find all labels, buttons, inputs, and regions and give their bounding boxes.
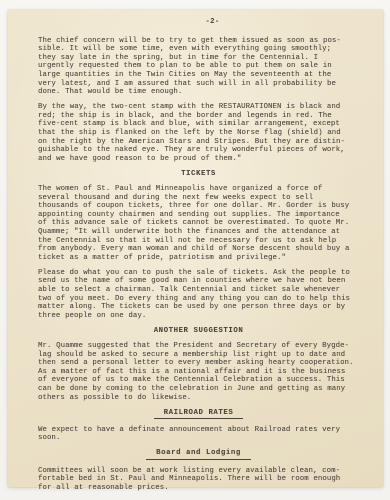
page-number: -2- — [38, 18, 359, 27]
paragraph-ticket-push: Please do what you can to push the sale … — [38, 269, 359, 321]
section-heading-tickets-text: TICKETS — [181, 170, 216, 179]
paragraph-railroad-rates: We expect to have a definate announcemen… — [38, 426, 359, 443]
paragraph-board-and-lodging: Committees will soon be at work listing … — [38, 467, 359, 493]
section-heading-railroad-rates: RAILROAD RATES — [38, 409, 359, 420]
section-heading-another-suggestion: ANOTHER SUGGESTION — [38, 327, 359, 336]
scan-background: -2- The chief concern will be to try to … — [0, 0, 390, 500]
section-heading-railroad-rates-text: RAILROAD RATES — [154, 409, 244, 420]
paragraph-ticket-sales: The women of St. Paul and Minneapolis ha… — [38, 185, 359, 262]
paragraph-stamp-issuance: The chief concern will be to try to get … — [38, 37, 359, 97]
paragraph-membership-lists: Mr. Quamme suggested that the President … — [38, 342, 359, 402]
section-heading-board-and-lodging: Board and Lodging — [38, 449, 359, 460]
document-page: -2- The chief concern will be to try to … — [8, 10, 383, 487]
paragraph-stamp-design: By the way, the two-cent stamp with the … — [38, 103, 359, 163]
section-heading-tickets: TICKETS — [38, 170, 359, 179]
section-heading-another-suggestion-text: ANOTHER SUGGESTION — [154, 327, 244, 336]
section-heading-board-and-lodging-text: Board and Lodging — [146, 449, 251, 460]
